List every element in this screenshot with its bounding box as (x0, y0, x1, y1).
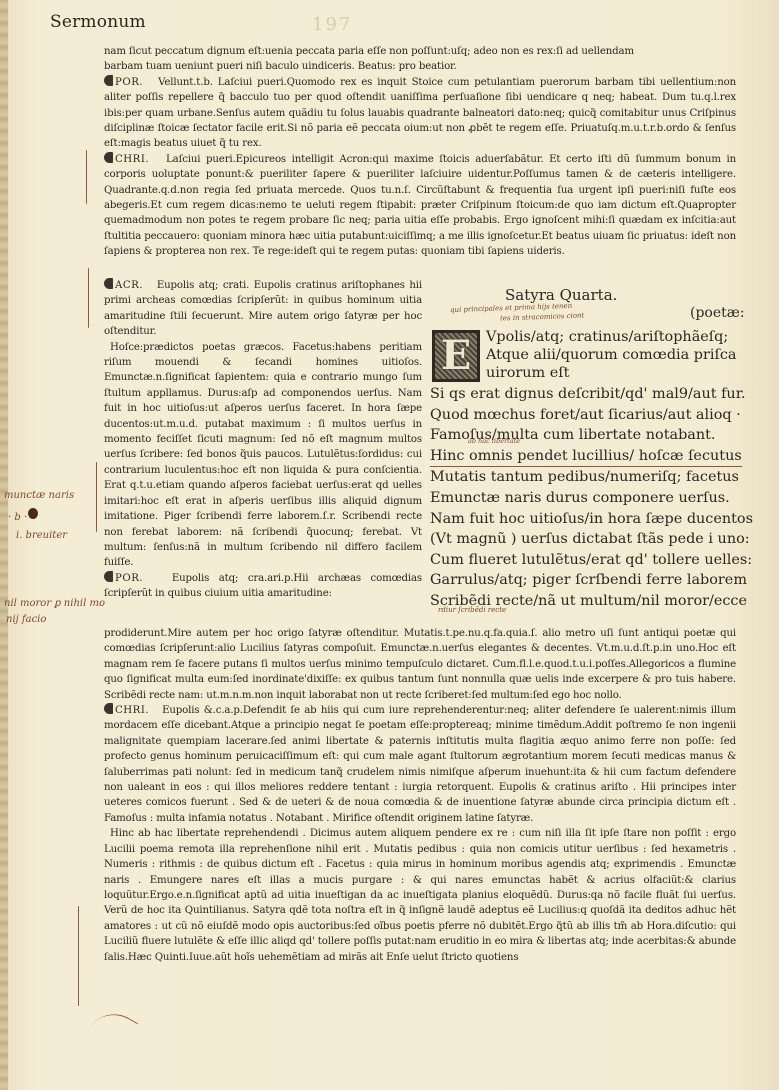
paragraph-mark-icon (104, 571, 113, 582)
commentator-label: POR. (115, 77, 143, 88)
margin-note: i. breuiter (16, 530, 67, 541)
commentary-text: Vellunt.t.b. Laſciui pueri.Quomodo rex e… (104, 77, 736, 150)
commentator-label: CHRI. (115, 154, 149, 165)
verse-first-line-tail: (poetæ: (690, 305, 745, 321)
paragraph-mark-icon (104, 703, 113, 714)
bleed-through-folio-number: 197 (312, 14, 352, 35)
commentary-paragraph: Hoſce:prædictos poetas græcos. Facetus:h… (104, 340, 422, 571)
commentator-label: POR. (115, 573, 143, 584)
verse-lines: Si qs erat dignus deſcribit/qd' mal9/aut… (430, 384, 753, 612)
binding-edge (0, 0, 8, 1090)
commentary-paragraph: Hinc ab hac libertate reprehendendi . Di… (104, 826, 736, 965)
verse-line: Hinc omnis pendet lucillius/ hoſcæ ſecut… (430, 446, 742, 468)
commentary-line: barbam tuam ueniunt pueri niſi baculo ui… (104, 59, 736, 74)
commentator-label: CHRI. (115, 705, 149, 716)
verse-line: Vpolis/atq; cratinus/ariſtophãeſq; (486, 328, 736, 346)
commentary-text-block: prodiderunt.Mire autem per hoc origo ſat… (104, 626, 736, 703)
dropcap-letter: E (441, 336, 472, 376)
margin-bracket (86, 150, 87, 204)
verse-line: Quod mœchus foret/aut ſicarius/aut alioq… (430, 405, 753, 426)
margin-note: munctæ naris (4, 490, 74, 501)
margin-pen-stroke (78, 1003, 138, 1067)
paragraph-mark-icon (104, 152, 113, 163)
margin-bracket (88, 268, 89, 328)
commentary-paragraph: POR. Vellunt.t.b. Laſciui pueri.Quomodo … (104, 75, 736, 152)
commentator-label: ACR. (115, 280, 143, 291)
handwritten-gloss-scribendi: rdiur ſcribẽdi recte (438, 606, 506, 614)
commentary-text: Laſciui pueri.Epicureos intelligit Acron… (104, 154, 736, 257)
verse-line: Atque alii/quorum comœdia priſca (486, 346, 736, 364)
running-head: Sermonum (50, 12, 146, 32)
commentary-text: Hoſce:prædictos poetas græcos. Facetus:h… (104, 342, 422, 569)
commentary-paragraph: CHRI. Laſciui pueri.Epicureos intelligit… (104, 152, 736, 260)
verse-line: Emunctæ naris durus componere uerſus. (430, 488, 753, 509)
margin-note: · b · (8, 512, 27, 523)
commentary-text: Hinc ab hac libertate reprehendendi . Di… (104, 828, 736, 962)
paragraph-mark-icon (104, 75, 113, 86)
handwritten-gloss-hinc: ab hac libertate (468, 437, 520, 445)
commentary-text: Eupolis &.c.a.p.Defendit ſe ab hiis qui … (104, 705, 736, 824)
verse-line: Nam fuit hoc uitioſus/in hora ſæpe ducen… (430, 509, 753, 530)
verse-line: (Vt magnũ ) uerſus dictabat ſtãs pede i … (430, 529, 753, 550)
commentary-paragraph: CHRI. Eupolis &.c.a.p.Defendit ſe ab hii… (104, 703, 736, 826)
margin-bracket (78, 906, 79, 1006)
margin-note: nil moror ꝑ nihil mo (4, 598, 105, 609)
commentary-line: nam ſicut peccatum dignum eſt:uenia pecc… (104, 44, 736, 59)
verse-line: Cum flueret lutulẽtus/erat qd' tollere u… (430, 550, 753, 571)
margin-note: nij facio (6, 614, 46, 625)
verse-line: Garrulus/atq; piger ſcrſbendi ferre labo… (430, 570, 753, 591)
paragraph-mark-icon (104, 278, 113, 289)
top-commentary: nam ſicut peccatum dignum eſt:uenia pecc… (104, 44, 736, 260)
decorated-initial: E (432, 330, 480, 382)
margin-bracket (96, 462, 97, 532)
commentary-text: Eupolis atq; cra.ari.p.Hii archæas comœd… (104, 573, 422, 599)
verse-line: Si qs erat dignus deſcribit/qd' mal9/aut… (430, 384, 753, 405)
commentary-paragraph: ACR. Eupolis atq; crati. Eupolis cratinu… (104, 278, 422, 340)
commentary-paragraph: POR. Eupolis atq; cra.ari.p.Hii archæas … (104, 571, 422, 602)
verse-line: Mutatis tantum pedibus/numeriſq; facetus (430, 467, 753, 488)
bottom-commentary: prodiderunt.Mire autem per hoc origo ſat… (104, 626, 736, 965)
commentary-text: Eupolis atq; crati. Eupolis cratinus ari… (104, 280, 422, 337)
verse-opening-lines: Vpolis/atq; cratinus/ariſtophãeſq; Atque… (486, 328, 736, 382)
ink-blot (28, 508, 38, 519)
handwritten-gloss-title: tes in stracomicos ciont (500, 312, 585, 323)
verse-line: uirorum eſt (486, 364, 736, 382)
dropcap-letter-box: E (432, 330, 480, 382)
book-page: 197 Sermonum nam ſicut peccatum dignum e… (0, 0, 779, 1090)
left-column-commentary: ACR. Eupolis atq; crati. Eupolis cratinu… (104, 278, 422, 602)
